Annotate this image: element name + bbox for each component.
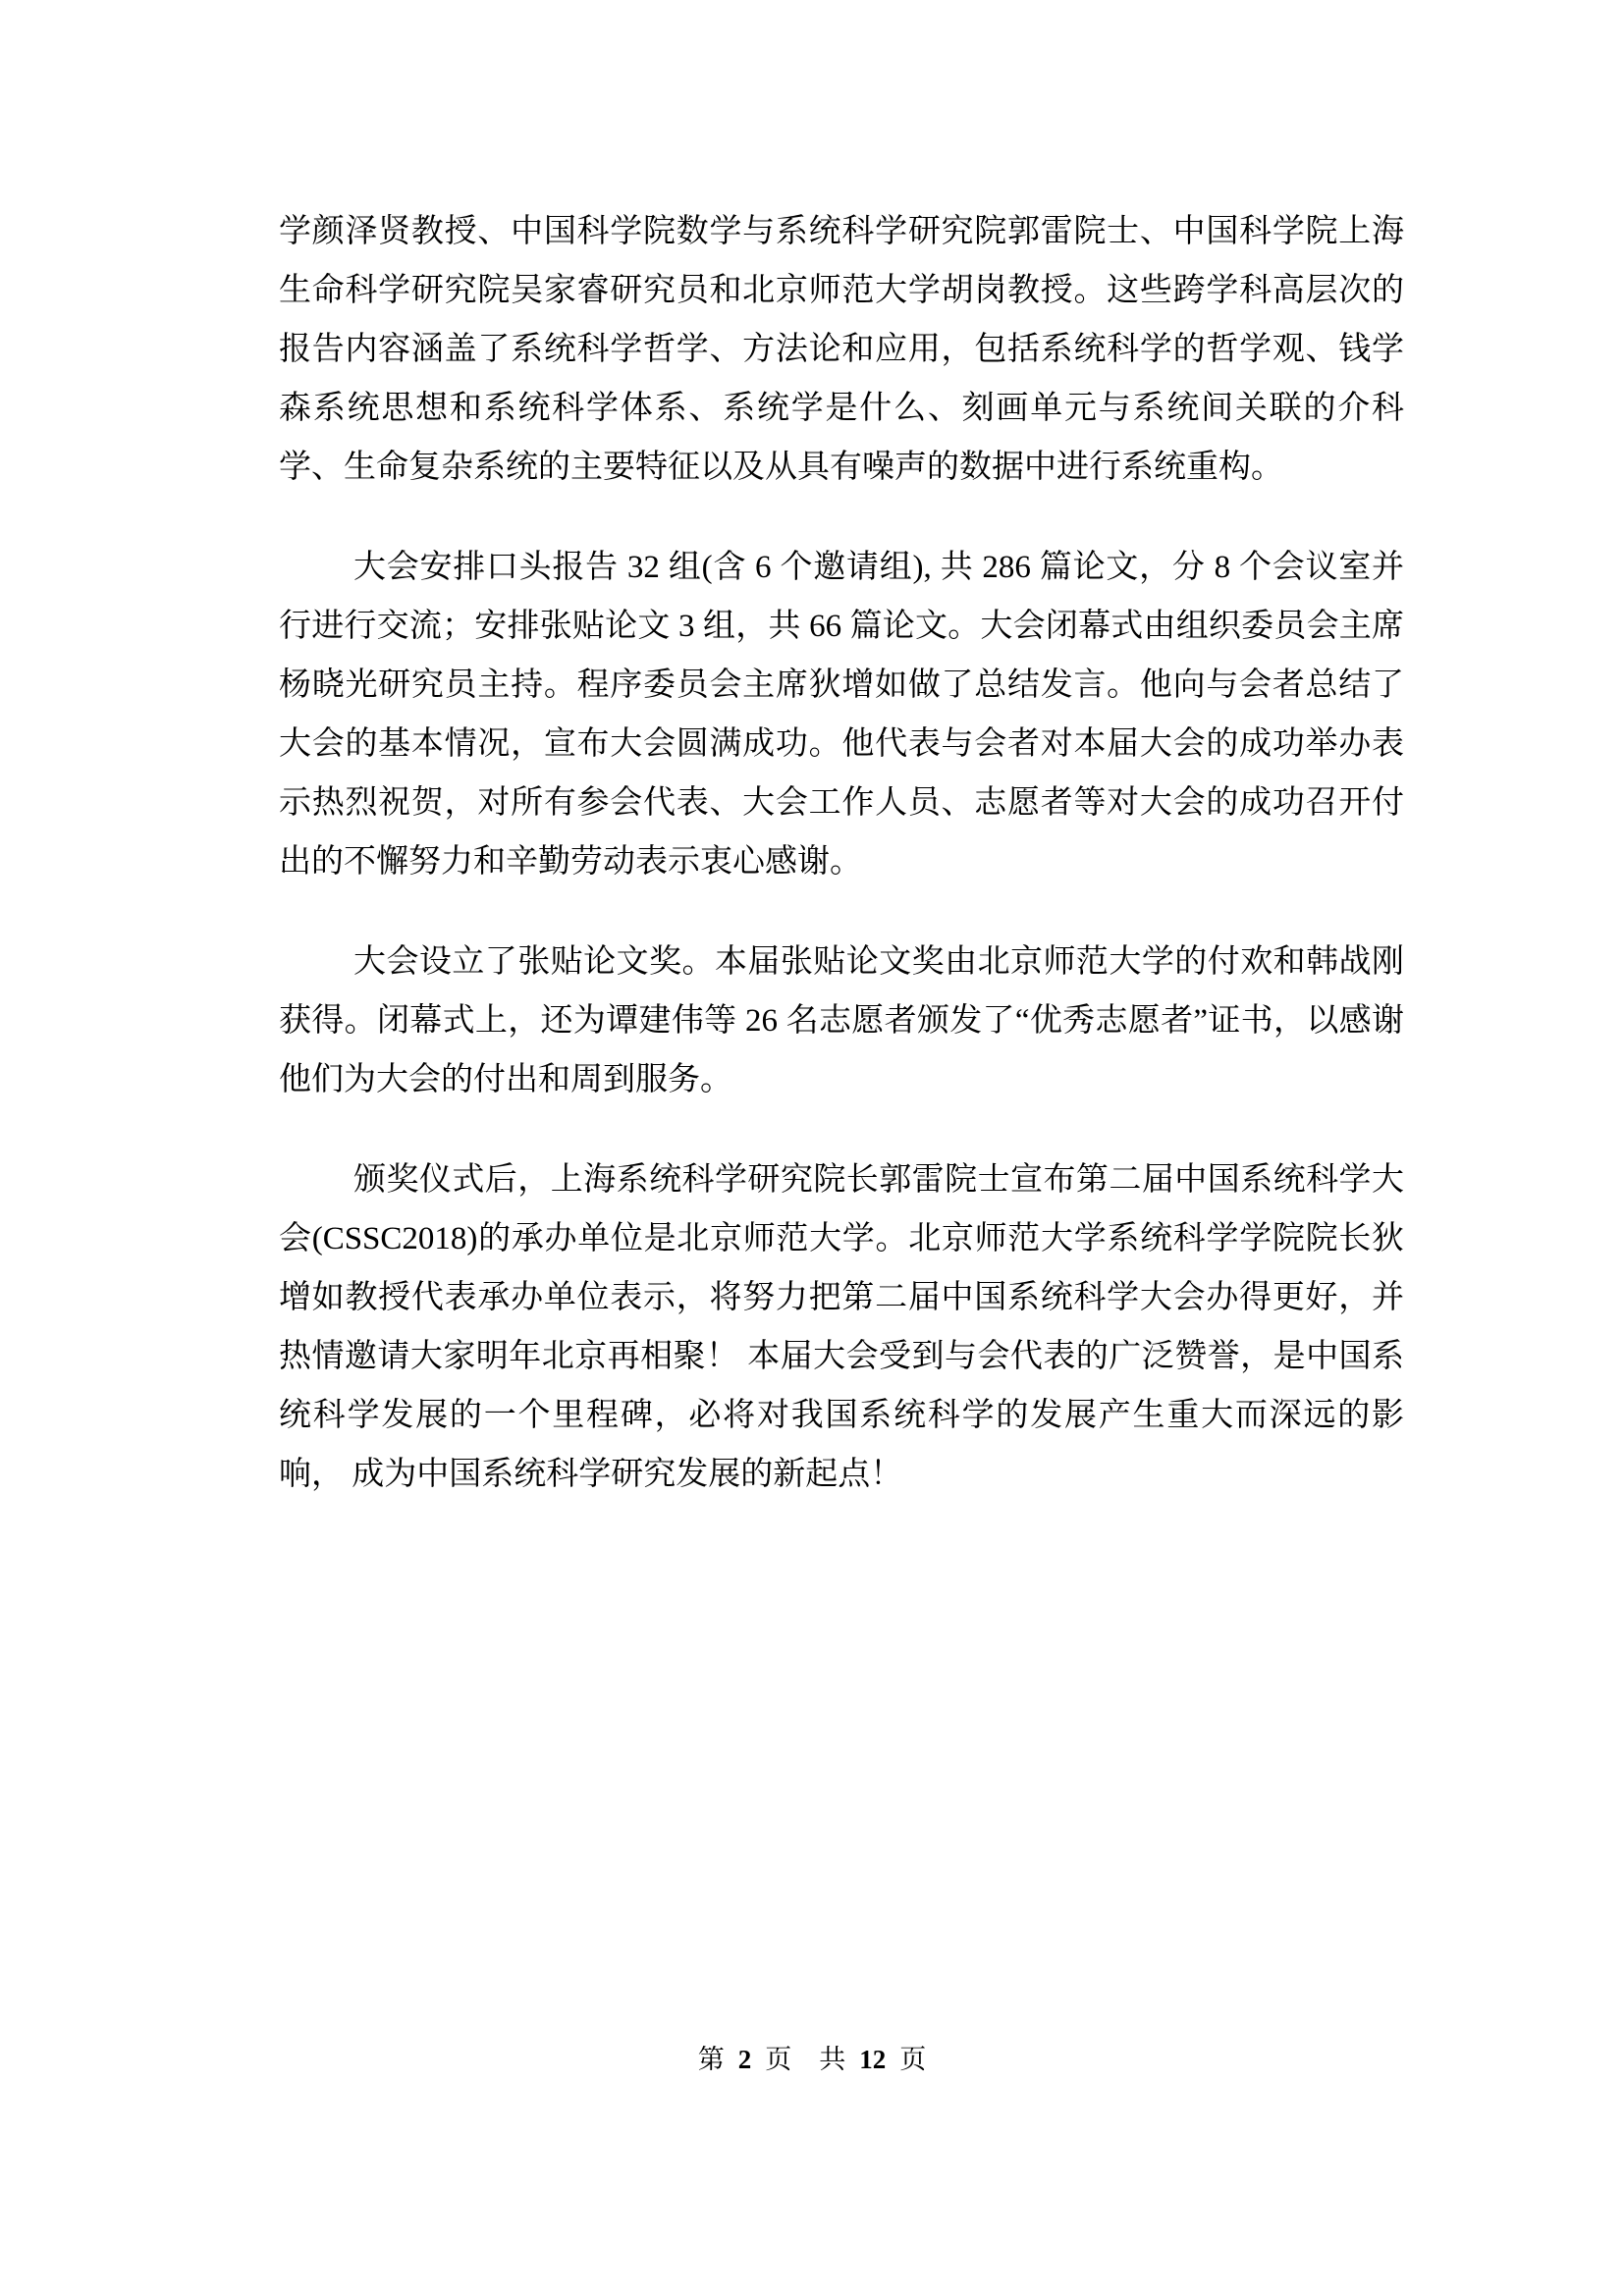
paragraph-2: 大会安排口头报告 32 组(含 6 个邀请组), 共 286 篇论文，分 8 个… [279, 538, 1404, 891]
text-line: 热情邀请大家明年北京再相聚！ 本届大会受到与会代表的广泛赞誉，是中国系 [279, 1327, 1404, 1386]
document-page: 学颜泽贤教授、中国科学院数学与系统科学研究院郭雷院士、中国科学院上海生命科学研究… [0, 0, 1624, 2296]
text-line: 大会设立了张贴论文奖。本届张贴论文奖由北京师范大学的付欢和韩战刚 [279, 933, 1404, 991]
text-line: 出的不懈努力和辛勤劳动表示衷心感谢。 [279, 832, 1404, 891]
text-line: 生命科学研究院吴家睿研究员和北京师范大学胡岗教授。这些跨学科高层次的 [279, 261, 1404, 320]
text-line: 示热烈祝贺，对所有参会代表、大会工作人员、志愿者等对大会的成功召开付 [279, 774, 1404, 832]
text-line: 大会安排口头报告 32 组(含 6 个邀请组), 共 286 篇论文，分 8 个… [279, 538, 1404, 597]
text-line: 报告内容涵盖了系统科学哲学、方法论和应用，包括系统科学的哲学观、钱学 [279, 320, 1404, 379]
document-body: 学颜泽贤教授、中国科学院数学与系统科学研究院郭雷院士、中国科学院上海生命科学研究… [279, 202, 1404, 1504]
text-line: 行进行交流；安排张贴论文 3 组，共 66 篇论文。大会闭幕式由组织委员会主席 [279, 597, 1404, 656]
footer-page-indicator: 第2页共12页 [691, 2045, 934, 2074]
footer-label-gong: 共 [819, 2045, 845, 2074]
footer-label-di: 第 [698, 2045, 725, 2074]
paragraph-3: 大会设立了张贴论文奖。本届张贴论文奖由北京师范大学的付欢和韩战刚获得。闭幕式上，… [279, 933, 1404, 1109]
current-page-number: 2 [738, 2045, 752, 2074]
text-line: 获得。闭幕式上，还为谭建伟等 26 名志愿者颁发了“优秀志愿者”证书，以感谢 [279, 991, 1404, 1050]
footer-label-ye-2: 页 [899, 2045, 926, 2074]
text-line: 增如教授代表承办单位表示，将努力把第二届中国系统科学大会办得更好，并 [279, 1268, 1404, 1327]
page-footer: 第2页共12页 [0, 2040, 1624, 2079]
paragraph-1: 学颜泽贤教授、中国科学院数学与系统科学研究院郭雷院士、中国科学院上海生命科学研究… [279, 202, 1404, 497]
paragraph-4: 颁奖仪式后，上海系统科学研究院长郭雷院士宣布第二届中国系统科学大会(CSSC20… [279, 1150, 1404, 1504]
text-line: 他们为大会的付出和周到服务。 [279, 1050, 1404, 1109]
text-line: 学颜泽贤教授、中国科学院数学与系统科学研究院郭雷院士、中国科学院上海 [279, 202, 1404, 261]
text-line: 响， 成为中国系统科学研究发展的新起点！ [279, 1445, 1404, 1504]
text-line: 颁奖仪式后，上海系统科学研究院长郭雷院士宣布第二届中国系统科学大 [279, 1150, 1404, 1209]
text-line: 森系统思想和系统科学体系、系统学是什么、刻画单元与系统间关联的介科 [279, 379, 1404, 438]
text-line: 会(CSSC2018)的承办单位是北京师范大学。北京师范大学系统科学学院院长狄 [279, 1209, 1404, 1268]
text-line: 杨晓光研究员主持。程序委员会主席狄增如做了总结发言。他向与会者总结了 [279, 656, 1404, 715]
total-page-count: 12 [859, 2045, 886, 2074]
text-line: 统科学发展的一个里程碑，必将对我国系统科学的发展产生重大而深远的影 [279, 1386, 1404, 1445]
text-line: 学、生命复杂系统的主要特征以及从具有噪声的数据中进行系统重构。 [279, 438, 1404, 497]
text-line: 大会的基本情况，宣布大会圆满成功。他代表与会者对本届大会的成功举办表 [279, 715, 1404, 774]
footer-label-ye: 页 [765, 2045, 791, 2074]
